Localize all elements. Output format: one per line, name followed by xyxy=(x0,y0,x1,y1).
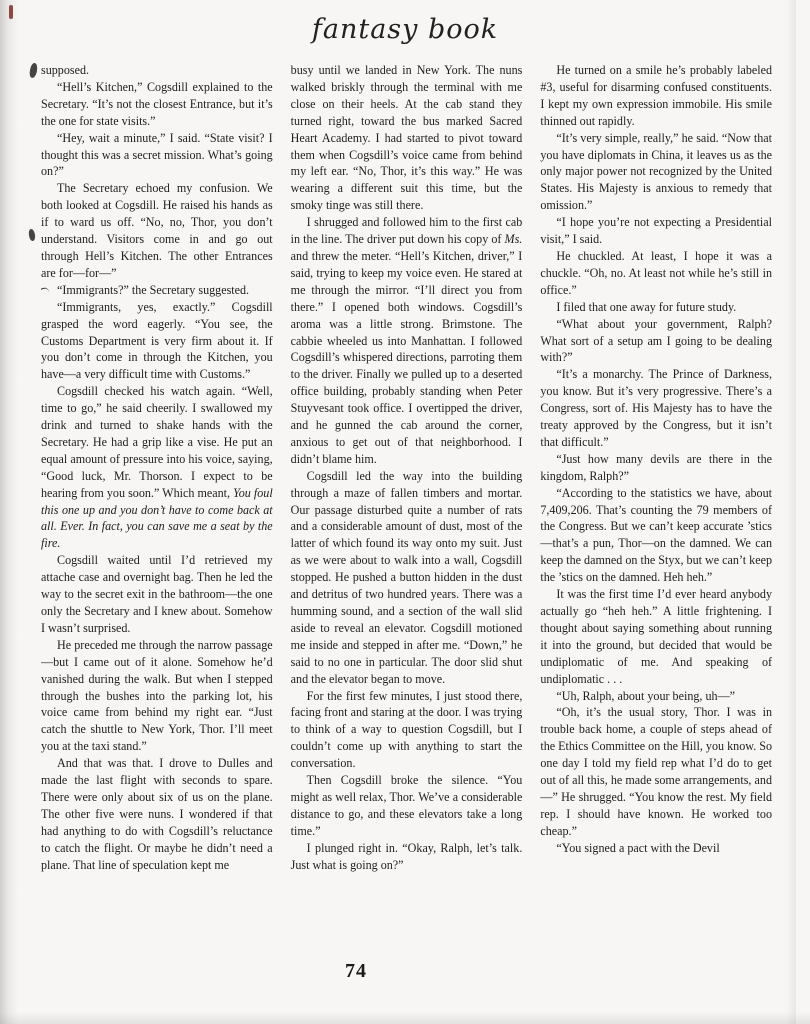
text-segment: “Oh, it’s the usual story, Thor. I was i… xyxy=(540,705,772,837)
paragraph: “Uh, Ralph, about your being, uh—” xyxy=(540,688,772,705)
paragraph: “According to the statistics we have, ab… xyxy=(540,485,772,586)
text-column-3: He turned on a smile he’s probably label… xyxy=(540,62,772,964)
paragraph: “Immigrants, yes, exactly.” Cogsdill gra… xyxy=(41,299,273,384)
text-segment: Then Cogsdill broke the silence. “You mi… xyxy=(291,773,523,838)
masthead: fantasy book xyxy=(0,14,810,45)
page-edge-shadow-bottom xyxy=(0,1012,810,1024)
stray-pen-mark xyxy=(41,286,50,295)
text-segment: It was the first time I’d ever heard any… xyxy=(540,587,772,686)
italic-text-segment: Ms. xyxy=(505,232,523,246)
paragraph: “Oh, it’s the usual story, Thor. I was i… xyxy=(540,704,772,839)
article-body: supposed.“Hell’s Kitchen,” Cogsdill expl… xyxy=(41,62,772,964)
paragraph: I filed that one away for future study. xyxy=(540,299,772,316)
paragraph: Cogsdill waited until I’d retrieved my a… xyxy=(41,552,273,637)
text-segment: “What about your government, Ralph? What… xyxy=(540,317,772,365)
paragraph: “It’s a monarchy. The Prince of Darkness… xyxy=(540,366,772,451)
paragraph: “You signed a pact with the Devil xyxy=(540,840,772,857)
paragraph: For the first few minutes, I just stood … xyxy=(291,688,523,773)
text-segment: “Just how many devils are there in the k… xyxy=(540,452,772,483)
paragraph: busy until we landed in New York. The nu… xyxy=(291,62,523,214)
text-segment: Cogsdill checked his watch again. “Well,… xyxy=(41,384,273,499)
text-segment: I filed that one away for future study. xyxy=(556,300,736,314)
text-segment: And that was that. I drove to Dulles and… xyxy=(41,756,273,871)
paragraph: “Immigrants?” the Secretary suggested. xyxy=(41,282,273,299)
text-segment: “Hell’s Kitchen,” Cogsdill explained to … xyxy=(41,80,273,128)
text-segment: He preceded me through the narrow passag… xyxy=(41,638,273,753)
paragraph: Cogsdill led the way into the building t… xyxy=(291,468,523,688)
text-segment: Cogsdill waited until I’d retrieved my a… xyxy=(41,553,273,635)
text-segment: “Hey, wait a minute,” I said. “State vis… xyxy=(41,131,273,179)
text-segment: I plunged right in. “Okay, Ralph, let’s … xyxy=(291,841,523,872)
paragraph: I plunged right in. “Okay, Ralph, let’s … xyxy=(291,840,523,874)
paragraph: “It’s very simple, really,” he said. “No… xyxy=(540,130,772,215)
text-segment: He chuckled. At least, I hope it was a c… xyxy=(540,249,772,297)
paragraph: And that was that. I drove to Dulles and… xyxy=(41,755,273,873)
text-segment: He turned on a smile he’s probably label… xyxy=(540,63,772,128)
paragraph: “What about your government, Ralph? What… xyxy=(540,316,772,367)
text-segment: “It’s very simple, really,” he said. “No… xyxy=(540,131,772,213)
text-segment: Cogsdill led the way into the building t… xyxy=(291,469,523,686)
text-segment: “According to the statistics we have, ab… xyxy=(540,486,772,585)
text-segment: “You signed a pact with the Devil xyxy=(556,841,719,855)
text-segment: supposed. xyxy=(41,63,89,77)
paragraph: Cogsdill checked his watch again. “Well,… xyxy=(41,383,273,552)
text-segment: The Secretary echoed my confusion. We bo… xyxy=(41,181,273,280)
paragraph: The Secretary echoed my confusion. We bo… xyxy=(41,180,273,281)
page-edge-shadow-right xyxy=(786,0,796,1024)
text-segment: For the first few minutes, I just stood … xyxy=(291,689,523,771)
magazine-title: fantasy book xyxy=(0,14,810,45)
text-segment: I shrugged and followed him to the first… xyxy=(291,215,523,246)
text-column-2: busy until we landed in New York. The nu… xyxy=(291,62,523,964)
text-segment: “I hope you’re not expecting a President… xyxy=(540,215,772,246)
page-number: 74 xyxy=(315,960,397,983)
paragraph: “Hey, wait a minute,” I said. “State vis… xyxy=(41,130,273,181)
paragraph: He turned on a smile he’s probably label… xyxy=(540,62,772,130)
text-column-1: supposed.“Hell’s Kitchen,” Cogsdill expl… xyxy=(41,62,273,964)
paragraph: He chuckled. At least, I hope it was a c… xyxy=(540,248,772,299)
text-segment: “It’s a monarchy. The Prince of Darkness… xyxy=(540,367,772,449)
scanned-magazine-page: fantasy book supposed.“Hell’s Kitchen,” … xyxy=(0,0,810,1024)
paragraph: It was the first time I’d ever heard any… xyxy=(540,586,772,687)
scan-artifact-ink-mark-1 xyxy=(29,62,39,78)
text-segment: busy until we landed in New York. The nu… xyxy=(291,63,523,212)
text-segment: “Immigrants?” the Secretary suggested. xyxy=(57,283,249,297)
paragraph: I shrugged and followed him to the first… xyxy=(291,214,523,468)
paragraph: Then Cogsdill broke the silence. “You mi… xyxy=(291,772,523,840)
paragraph: “Hell’s Kitchen,” Cogsdill explained to … xyxy=(41,79,273,130)
paragraph: supposed. xyxy=(41,62,273,79)
text-segment: “Immigrants, yes, exactly.” Cogsdill gra… xyxy=(41,300,273,382)
text-segment: “Uh, Ralph, about your being, uh—” xyxy=(556,689,735,703)
paragraph: “Just how many devils are there in the k… xyxy=(540,451,772,485)
scan-artifact-ink-mark-2 xyxy=(28,229,36,242)
paragraph: “I hope you’re not expecting a President… xyxy=(540,214,772,248)
text-segment: and threw the meter. “Hell’s Kitchen, dr… xyxy=(291,249,523,466)
paragraph: He preceded me through the narrow passag… xyxy=(41,637,273,755)
page-edge-shadow-left xyxy=(0,0,20,1024)
